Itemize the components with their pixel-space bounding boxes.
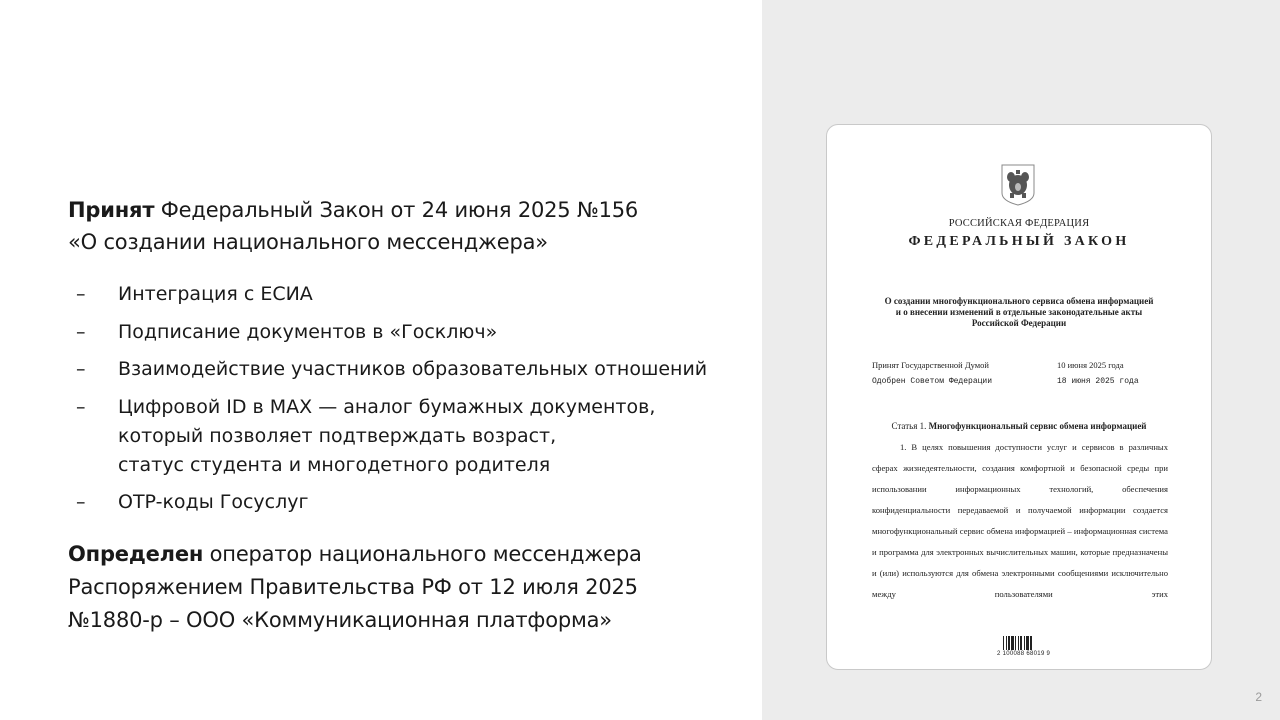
adopted-date: 10 июня 2025 года xyxy=(1057,360,1124,370)
feature-list-item: –Интеграция с ЕСИА xyxy=(68,280,707,309)
barcode-number: 2 100088 68019 9 xyxy=(997,651,1050,657)
operator-company: №1880-р – ООО «Коммуникационная платформ… xyxy=(68,604,708,637)
feature-list-item: –Взаимодействие участников образовательн… xyxy=(68,355,707,384)
page-number: 2 xyxy=(1255,690,1262,704)
dash-bullet-icon: – xyxy=(76,355,86,384)
slide-text-panel: Принят Федеральный Закон от 24 июня 2025… xyxy=(0,0,762,720)
operator-label: Определен xyxy=(68,542,203,566)
article-number: Статья 1. xyxy=(892,421,927,431)
title-line: О создании многофункционального сервиса … xyxy=(857,296,1181,307)
document-title: О создании многофункционального сервиса … xyxy=(857,296,1181,329)
coat-of-arms-icon xyxy=(1000,163,1036,207)
dash-bullet-icon: – xyxy=(76,393,86,422)
feature-list-item: –Подписание документов в «Госключ» xyxy=(68,318,707,347)
feature-text: который позволяет подтверждать возраст, xyxy=(118,422,707,451)
feature-list-item: –Цифровой ID в MAX — аналог бумажных док… xyxy=(68,393,707,480)
feature-text: статус студента и многодетного родителя xyxy=(118,451,707,480)
approved-date: 18 июня 2025 года xyxy=(1057,377,1139,386)
law-name: «О создании национального мессенджера» xyxy=(68,226,638,258)
dash-bullet-icon: – xyxy=(76,488,86,517)
article-heading: Статья 1. Многофункциональный сервис обм… xyxy=(827,421,1211,431)
article-title: Многофункциональный сервис обмена информ… xyxy=(929,421,1147,431)
law-adopted-paragraph: Принят Федеральный Закон от 24 июня 2025… xyxy=(68,194,638,258)
federal-law-document-image: РОССИЙСКАЯ ФЕДЕРАЦИЯ ФЕДЕРАЛЬНЫЙ ЗАКОН О… xyxy=(826,124,1212,670)
feature-text: OTP-коды Госуслуг xyxy=(118,488,707,517)
feature-text: Интеграция с ЕСИА xyxy=(118,280,707,309)
feature-list-item: –OTP-коды Госуслуг xyxy=(68,488,707,517)
approved-federation-council: Одобрен Советом Федерации 18 июня 2025 г… xyxy=(872,377,1171,386)
document-type: ФЕДЕРАЛЬНЫЙ ЗАКОН xyxy=(827,234,1211,250)
dash-bullet-icon: – xyxy=(76,280,86,309)
feature-text: Взаимодействие участников образовательны… xyxy=(118,355,707,384)
operator-decree: Распоряжением Правительства РФ от 12 июл… xyxy=(68,571,708,604)
document-country: РОССИЙСКАЯ ФЕДЕРАЦИЯ xyxy=(827,218,1211,229)
article-body: 1. В целях повышения доступности услуг и… xyxy=(872,437,1168,605)
title-line: Российской Федерации xyxy=(857,318,1181,329)
operator-text: оператор национального мессенджера xyxy=(203,542,641,566)
article-text: 1. В целях повышения доступности услуг и… xyxy=(872,437,1168,605)
law-reference: Федеральный Закон от 24 июня 2025 №156 xyxy=(154,198,638,222)
feature-text: Цифровой ID в MAX — аналог бумажных доку… xyxy=(118,393,707,422)
operator-paragraph: Определен оператор национального мессенд… xyxy=(68,538,708,637)
approved-label: Одобрен Советом Федерации xyxy=(872,377,992,386)
feature-text: Подписание документов в «Госключ» xyxy=(118,318,707,347)
feature-list: –Интеграция с ЕСИА–Подписание документов… xyxy=(68,280,707,526)
adopted-label: Принят Государственной Думой xyxy=(872,360,989,370)
dash-bullet-icon: – xyxy=(76,318,86,347)
adopted-duma: Принят Государственной Думой 10 июня 202… xyxy=(872,360,1171,370)
adopted-label: Принят xyxy=(68,198,154,222)
title-line: и о внесении изменений в отдельные закон… xyxy=(857,307,1181,318)
